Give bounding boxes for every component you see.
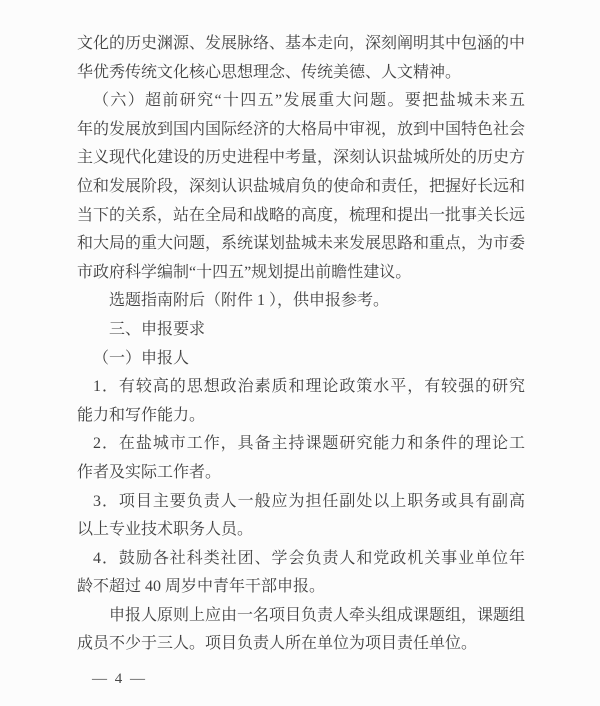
paragraph: 3．项目主要负责人一般应为担任副处以上职务或具有副高以上专业技术职务人员。 (77, 488, 525, 545)
text-line: 申报人原则上应由一名项目负责人牵头组成课题组，课题组 (77, 602, 525, 631)
text-line: 能力和写作能力。 (77, 402, 525, 431)
paragraph: 三、申报要求 (77, 316, 525, 345)
text-line: 选题指南附后（附件 1 ），供申报参考。 (77, 287, 525, 316)
text-line: 成员不少于三人。项目负责人所在单位为项目责任单位。 (77, 630, 525, 659)
paragraph: （一）申报人 (77, 345, 525, 374)
text-line: 当下的关系，站在全局和战略的高度，梳理和提出一批事关长远 (77, 202, 525, 231)
page-number: — 4 — (92, 669, 147, 689)
paragraph: 2．在盐城市工作，具备主持课题研究能力和条件的理论工作者及实际工作者。 (77, 430, 525, 487)
text-line: （一）申报人 (77, 345, 525, 374)
paragraph: 1．有较高的思想政治素质和理论政策水平，有较强的研究能力和写作能力。 (77, 373, 525, 430)
text-line: 和大局的重大问题，系统谋划盐城未来发展思路和重点，为市委 (77, 230, 525, 259)
text-line: 市政府科学编制“十四五”规划提出前瞻性建议。 (77, 259, 525, 288)
paragraph: 选题指南附后（附件 1 ），供申报参考。 (77, 287, 525, 316)
text-line: 位和发展阶段，深刻认识盐城肩负的使命和责任，把握好长远和 (77, 173, 525, 202)
text-line: 三、申报要求 (77, 316, 525, 345)
text-line: 华优秀传统文化核心思想理念、传统美德、人文精神。 (77, 59, 525, 88)
text-line: 3．项目主要负责人一般应为担任副处以上职务或具有副高 (77, 488, 525, 517)
text-line: 主义现代化建设的历史进程中考量，深刻认识盐城所处的历史方 (77, 144, 525, 173)
text-line: 以上专业技术职务人员。 (77, 516, 525, 545)
text-line: 年的发展放到国内国际经济的大格局中审视，放到中国特色社会 (77, 116, 525, 145)
paragraph: 申报人原则上应由一名项目负责人牵头组成课题组，课题组成员不少于三人。项目负责人所… (77, 602, 525, 659)
paragraph: 4．鼓励各社科类社团、学会负责人和党政机关事业单位年龄不超过 40 周岁中青年干… (77, 545, 525, 602)
text-line: 4．鼓励各社科类社团、学会负责人和党政机关事业单位年 (77, 545, 525, 574)
document-page: 文化的历史渊源、发展脉络、基本走向，深刻阐明其中包涵的中华优秀传统文化核心思想理… (0, 0, 600, 706)
text-line: （六）超前研究“十四五”发展重大问题。要把盐城未来五 (77, 87, 525, 116)
paragraph: （六）超前研究“十四五”发展重大问题。要把盐城未来五年的发展放到国内国际经济的大… (77, 87, 525, 287)
text-line: 龄不超过 40 周岁中青年干部申报。 (77, 573, 525, 602)
document-body: 文化的历史渊源、发展脉络、基本走向，深刻阐明其中包涵的中华优秀传统文化核心思想理… (77, 30, 525, 659)
text-line: 1．有较高的思想政治素质和理论政策水平，有较强的研究 (77, 373, 525, 402)
text-line: 2．在盐城市工作，具备主持课题研究能力和条件的理论工 (77, 430, 525, 459)
text-line: 作者及实际工作者。 (77, 459, 525, 488)
paragraph: 文化的历史渊源、发展脉络、基本走向，深刻阐明其中包涵的中华优秀传统文化核心思想理… (77, 30, 525, 87)
text-line: 文化的历史渊源、发展脉络、基本走向，深刻阐明其中包涵的中 (77, 30, 525, 59)
